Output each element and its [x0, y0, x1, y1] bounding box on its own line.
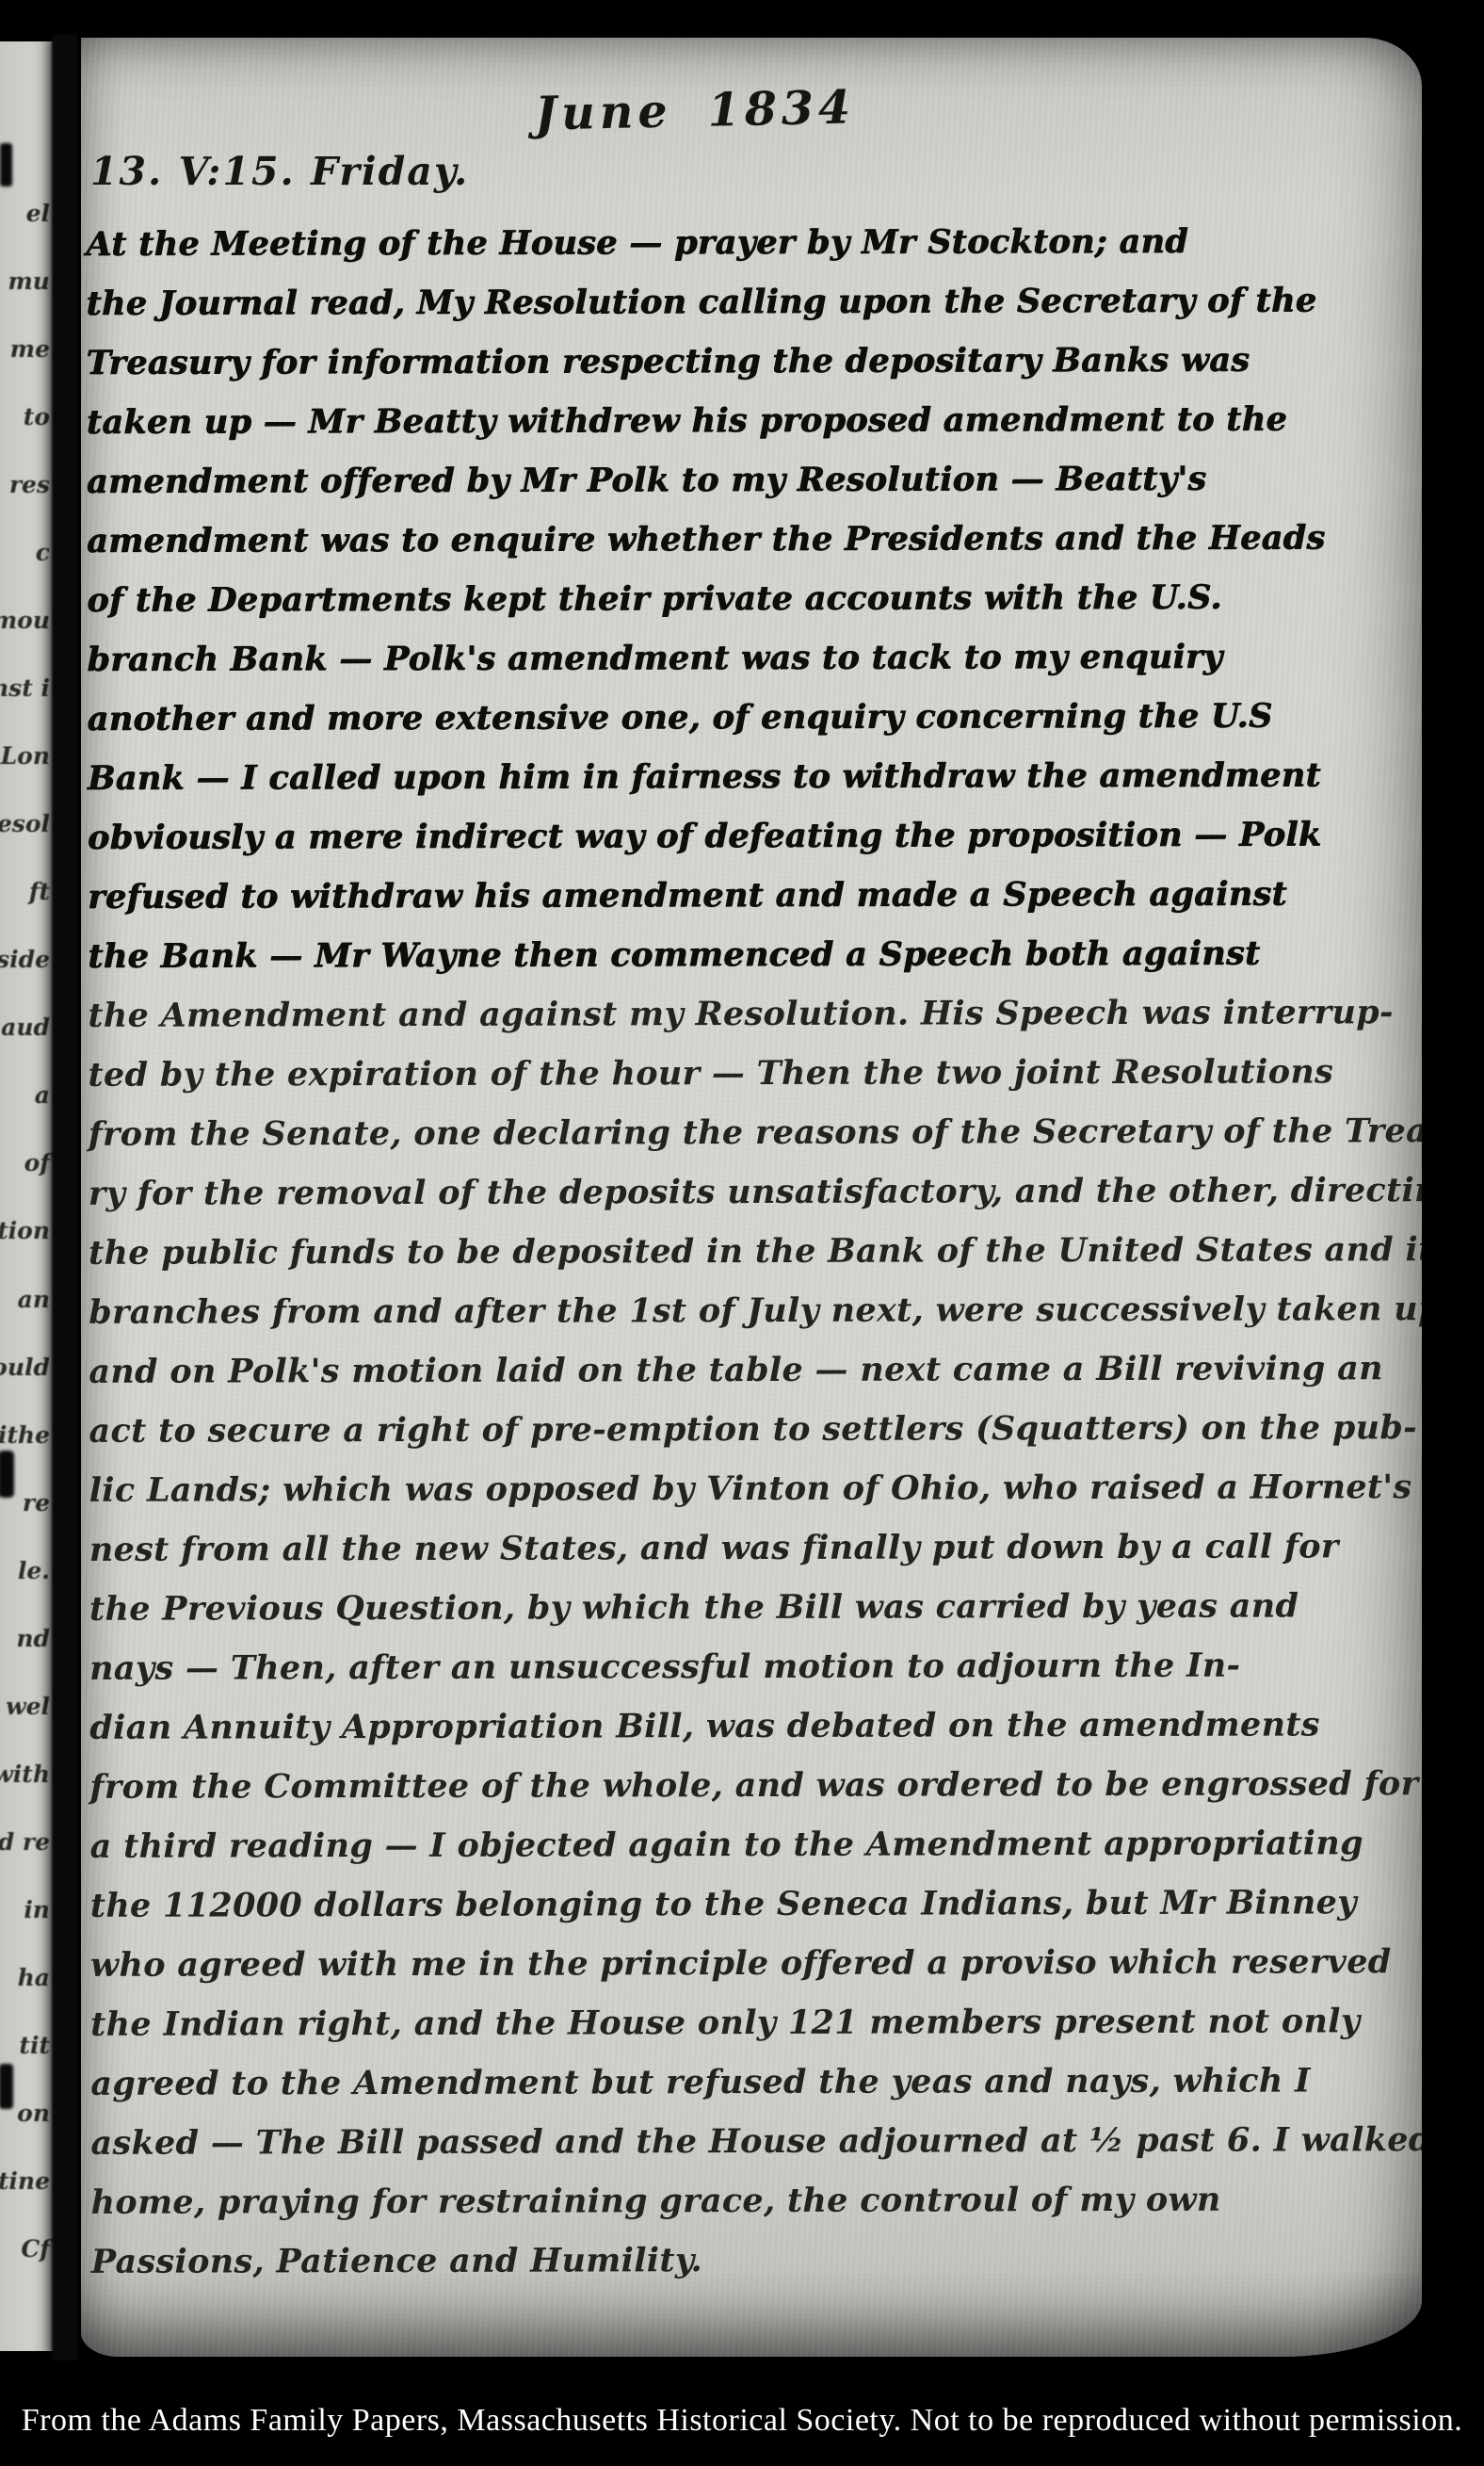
- manuscript-line: and on Polk's motion laid on the table —…: [89, 1338, 1397, 1402]
- gutter-fragment: d re: [0, 1830, 50, 1854]
- manuscript-line: the Amendment and against my Resolution.…: [88, 982, 1396, 1046]
- gutter-fragment: a: [35, 1083, 50, 1107]
- manuscript-line: the Indian right, and the House only 121…: [90, 1991, 1399, 2054]
- gutter-fragment: on: [17, 2101, 50, 2125]
- gutter-fragment: an: [18, 1288, 50, 1311]
- gutter-fragment: el: [26, 202, 50, 225]
- manuscript-line: the Journal read, My Resolution calling …: [86, 270, 1395, 333]
- manuscript-line: another and more extensive one, of enqui…: [87, 686, 1395, 749]
- facing-page-edge: elmumetorescmouinst iLonesolftsideaudaof…: [0, 41, 55, 2351]
- manuscript-page: June 1834 13. V:15. Friday. At the Meeti…: [81, 38, 1422, 2357]
- gutter-fragment: side: [0, 948, 50, 971]
- manuscript-line: ted by the expiration of the hour — Then…: [88, 1042, 1396, 1105]
- manuscript-line: amendment was to enquire whether the Pre…: [87, 508, 1395, 571]
- manuscript-line: nays — Then, after an unsuccessful motio…: [89, 1635, 1398, 1698]
- gutter-fragment: res: [9, 473, 50, 496]
- manuscript-line: of the Departments kept their private ac…: [87, 567, 1395, 630]
- gutter-fragment: mu: [8, 269, 50, 293]
- manuscript-line: amendment offered by Mr Polk to my Resol…: [87, 448, 1395, 511]
- gutter-fragment: ft: [29, 880, 50, 903]
- manuscript-line: lic Lands; which was opposed by Vinton o…: [89, 1457, 1398, 1520]
- gutter-fragment: in: [24, 1898, 50, 1922]
- gutter-fragment: ha: [18, 1966, 50, 1989]
- manuscript-line: from the Committee of the whole, and was…: [89, 1754, 1398, 1817]
- manuscript-line: refused to withdraw his amendment and ma…: [88, 864, 1396, 927]
- gutter-fragment: tine: [0, 2169, 50, 2193]
- manuscript-line: nest from all the new States, and was fi…: [89, 1517, 1398, 1580]
- gutter-fragment: Lon: [1, 744, 50, 768]
- caption-band: From the Adams Family Papers, Massachuse…: [0, 2376, 1484, 2466]
- gutter-fragment: tion: [0, 1219, 50, 1242]
- gutter-fragment: me: [10, 337, 50, 361]
- gutter-fragment: le.: [18, 1559, 50, 1582]
- gutter-fragment: esol: [0, 812, 50, 836]
- gutter-fragment: to: [24, 405, 50, 429]
- binding-gutter: [52, 34, 78, 2361]
- manuscript-line: a third reading — I objected again to th…: [90, 1813, 1399, 1876]
- manuscript-line: Bank — I called upon him in fairness to …: [88, 745, 1396, 808]
- gutter-fragment: tit: [19, 2034, 50, 2057]
- gutter-fragment: with: [0, 1762, 50, 1786]
- gutter-fragment: Cf: [21, 2237, 50, 2261]
- manuscript-line: Passions, Patience and Humility.: [91, 2229, 1400, 2292]
- manuscript-line: branches from and after the 1st of July …: [89, 1279, 1397, 1342]
- entry-body: At the Meeting of the House — prayer by …: [81, 211, 1422, 2292]
- credit-caption: From the Adams Family Papers, Massachuse…: [22, 2403, 1462, 2439]
- manuscript-line: ry for the removal of the deposits unsat…: [89, 1160, 1397, 1224]
- manuscript-line: taken up — Mr Beatty withdrew his propos…: [87, 389, 1395, 452]
- manuscript-line: the Previous Question, by which the Bill…: [89, 1576, 1398, 1639]
- gutter-fragment: nd: [16, 1627, 50, 1650]
- manuscript-line: At the Meeting of the House — prayer by …: [86, 211, 1395, 274]
- manuscript-line: agreed to the Amendment but refused the …: [90, 2051, 1399, 2114]
- manuscript-line: asked — The Bill passed and the House ad…: [90, 2110, 1399, 2173]
- manuscript-line: the Bank — Mr Wayne then commenced a Spe…: [88, 923, 1396, 986]
- gutter-fragment: ithe: [0, 1423, 50, 1447]
- manuscript-scan: elmumetorescmouinst iLonesolftsideaudaof…: [0, 0, 1484, 2466]
- gutter-fragment: re: [23, 1491, 50, 1515]
- manuscript-line: dian Annuity Appropriation Bill, was deb…: [89, 1695, 1398, 1758]
- manuscript-line: Treasury for information respecting the …: [86, 330, 1395, 393]
- manuscript-line: home, praying for restraining grace, the…: [91, 2169, 1400, 2232]
- manuscript-line: from the Senate, one declaring the reaso…: [89, 1101, 1397, 1164]
- gutter-fragment: inst i: [0, 676, 50, 700]
- gutter-fragment-column: elmumetorescmouinst iLonesolftsideaudaof…: [0, 202, 50, 2261]
- page-date-heading: June 1834: [81, 70, 1309, 150]
- gutter-fragment: aud: [1, 1015, 50, 1039]
- manuscript-line: the public funds to be deposited in the …: [89, 1220, 1397, 1283]
- manuscript-line: who agreed with me in the principle offe…: [90, 1932, 1399, 1995]
- entry-heading: 13. V:15. Friday.: [90, 147, 1422, 196]
- gutter-fragment: wel: [6, 1695, 50, 1718]
- manuscript-line: the 112000 dollars belonging to the Sene…: [90, 1873, 1399, 1936]
- gutter-fragment: ould: [0, 1355, 50, 1379]
- gutter-fragment: c: [36, 541, 50, 564]
- gutter-fragment: mou: [0, 608, 50, 632]
- gutter-fragment: of: [24, 1151, 50, 1175]
- manuscript-line: act to secure a right of pre-emption to …: [89, 1398, 1397, 1461]
- manuscript-line: branch Bank — Polk's amendment was to ta…: [87, 626, 1395, 690]
- manuscript-line: obviously a mere indirect way of defeati…: [88, 804, 1396, 868]
